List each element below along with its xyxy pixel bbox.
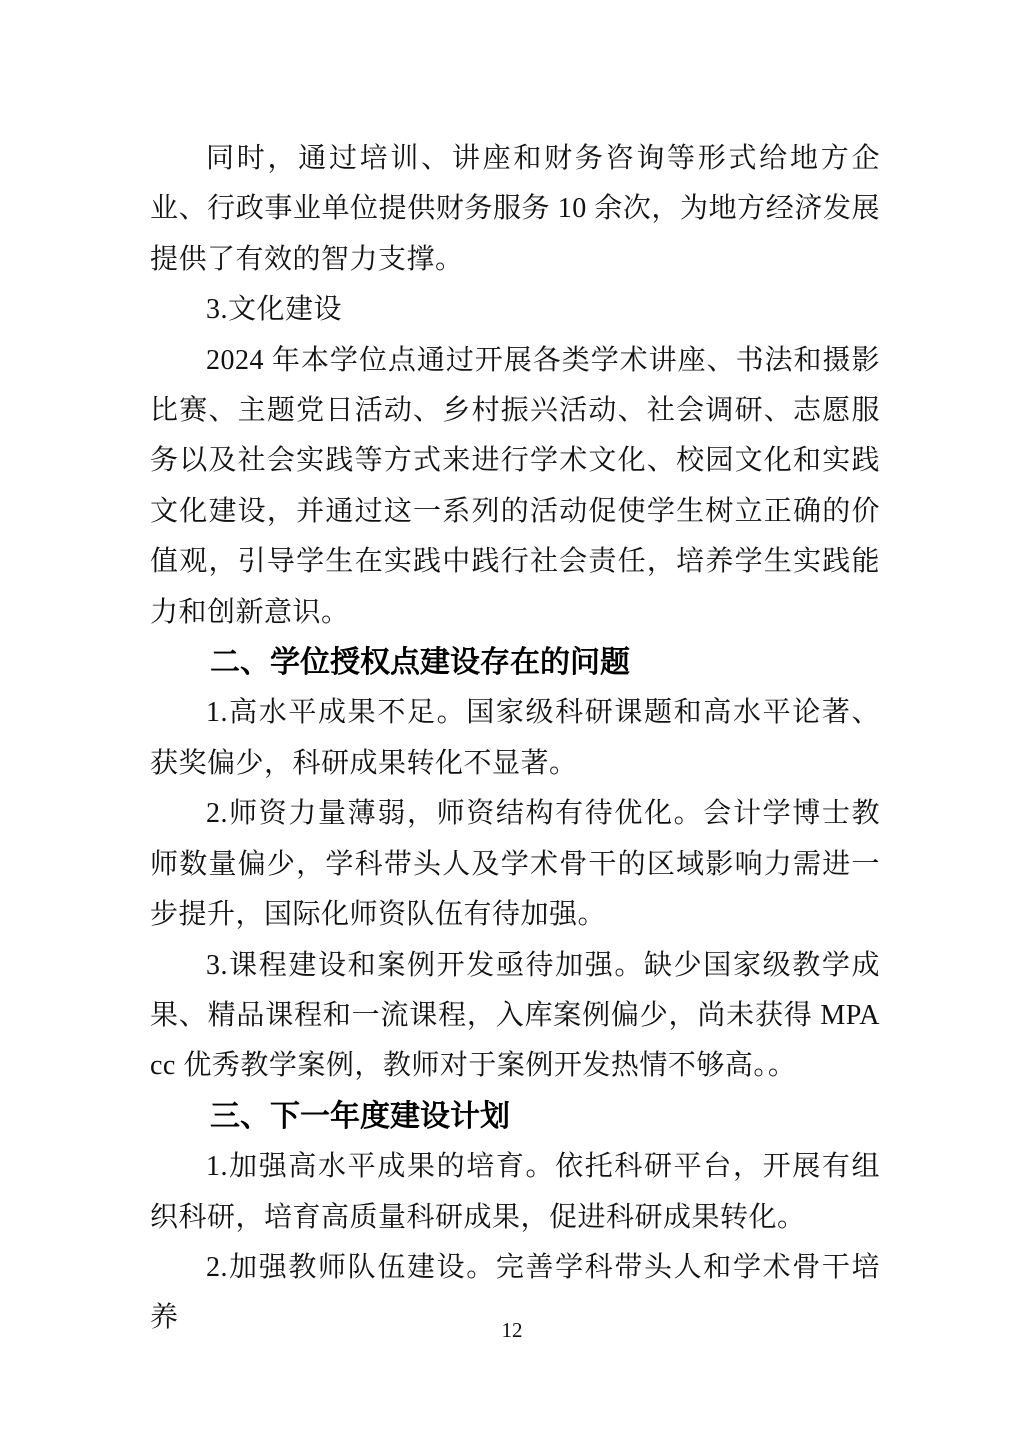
paragraph-problem-3: 3.课程建设和案例开发亟待加强。缺少国家级教学成果、精品课程和一流课程，入库案例… [150,941,880,1092]
page-number: 12 [0,1318,1024,1343]
section-heading-problems: 二、学位授权点建设存在的问题 [150,638,880,688]
document-body: 同时，通过培训、讲座和财务咨询等形式给地方企业、行政事业单位提供财务服务 10 … [150,134,880,1344]
subheading-culture-construction: 3.文化建设 [150,285,880,335]
section-heading-next-year-plan: 三、下一年度建设计划 [150,1092,880,1142]
paragraph-culture-activities: 2024 年本学位点通过开展各类学术讲座、书法和摄影比赛、主题党日活动、乡村振兴… [150,336,880,638]
document-page: 同时，通过培训、讲座和财务咨询等形式给地方企业、行政事业单位提供财务服务 10 … [0,0,1024,1448]
paragraph-intellectual-support: 同时，通过培训、讲座和财务咨询等形式给地方企业、行政事业单位提供财务服务 10 … [150,134,880,285]
paragraph-plan-1: 1.加强高水平成果的培育。依托科研平台，开展有组织科研，培育高质量科研成果，促进… [150,1142,880,1243]
paragraph-problem-2: 2.师资力量薄弱，师资结构有待优化。会计学博士教师数量偏少，学科带头人及学术骨干… [150,789,880,940]
paragraph-problem-1: 1.高水平成果不足。国家级科研课题和高水平论著、获奖偏少，科研成果转化不显著。 [150,688,880,789]
